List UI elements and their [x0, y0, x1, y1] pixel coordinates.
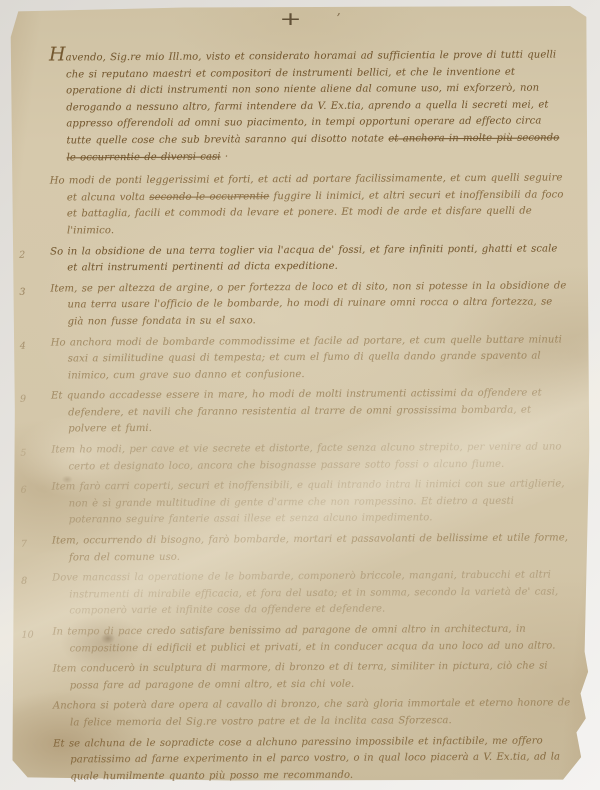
margin-number: 6 — [21, 483, 27, 499]
letter-opening-paragraph: Havendo, Sig.re mio Ill.mo, visto et con… — [49, 44, 568, 166]
margin-number: 7 — [21, 537, 27, 553]
letter-paragraph: 3Item, se per altezza de argine, o per f… — [50, 278, 568, 331]
letter-paragraph: Anchora si poterà dare opera al cavallo … — [53, 696, 571, 732]
letter-paragraph: Ho modi de ponti leggerissimi et forti, … — [50, 171, 568, 241]
paragraph-text: Item ho modi, per cave et vie secrete et… — [51, 441, 561, 472]
letter-paragraph: 8Dove mancassi la operatione de le bomba… — [52, 568, 570, 621]
paragraph-text: Item, se per altezza de argine, o per fo… — [50, 280, 566, 327]
paragraph-text: Item, occurrendo di bisogno, farò bombar… — [52, 532, 568, 563]
paragraph-text: Et quando accadesse essere in mare, ho m… — [51, 388, 542, 435]
margin-number: 9 — [20, 392, 26, 408]
paragraph-text: In tempo di pace credo satisfare benissi… — [52, 624, 555, 654]
letter-paragraph: 2So in la obsidione de una terra toglier… — [50, 241, 568, 277]
paragraph-text: Anchora si poterà dare opera al cavallo … — [53, 698, 570, 729]
letter-paragraph: 10In tempo di pace credo satisfare benis… — [52, 621, 570, 657]
paragraph-text: · — [221, 151, 229, 162]
margin-number: 3 — [19, 284, 25, 300]
letter-paragraph: 5Item ho modi, per cave et vie secrete e… — [51, 439, 569, 475]
margin-number: 8 — [21, 574, 27, 590]
paragraph-text: Item conducerò in sculptura di marmore, … — [53, 661, 548, 692]
letter-body: Havendo, Sig.re mio Ill.mo, visto et con… — [7, 4, 594, 784]
margin-number: 4 — [20, 338, 26, 354]
letter-paragraph: 4Ho anchora modi de bombarde commodissim… — [51, 332, 569, 385]
letter-paragraph: 9Et quando accadesse essere in mare, ho … — [51, 386, 569, 439]
paragraph-text: Et se alchuna de le sopradicte cose a al… — [53, 735, 560, 782]
margin-number: 2 — [19, 247, 25, 263]
paragraph-text: Dove mancassi la operatione de le bombar… — [52, 570, 558, 617]
letter-paragraph: 6Item farò carri coperti, securi et inof… — [52, 477, 570, 530]
paragraph-text: Item farò carri coperti, securi et inoff… — [52, 479, 565, 526]
letter-closing-paragraph: Et se alchuna de le sopradicte cose a al… — [53, 733, 571, 786]
letter-paragraph: Item conducerò in sculptura di marmore, … — [53, 659, 571, 695]
margin-number: 10 — [21, 628, 33, 644]
struck-text: secondo le occurrentie — [149, 191, 269, 203]
letter-paragraph: 7Item, occurrendo di bisogno, farò bomba… — [52, 530, 570, 566]
paragraph-text: So in la obsidione de una terra toglier … — [50, 243, 557, 274]
margin-number: 5 — [20, 446, 26, 462]
paragraph-text: Havendo, Sig.re mio Ill.mo, visto et con… — [49, 49, 556, 146]
paragraph-text: Ho anchora modi de bombarde commodissime… — [51, 334, 562, 381]
